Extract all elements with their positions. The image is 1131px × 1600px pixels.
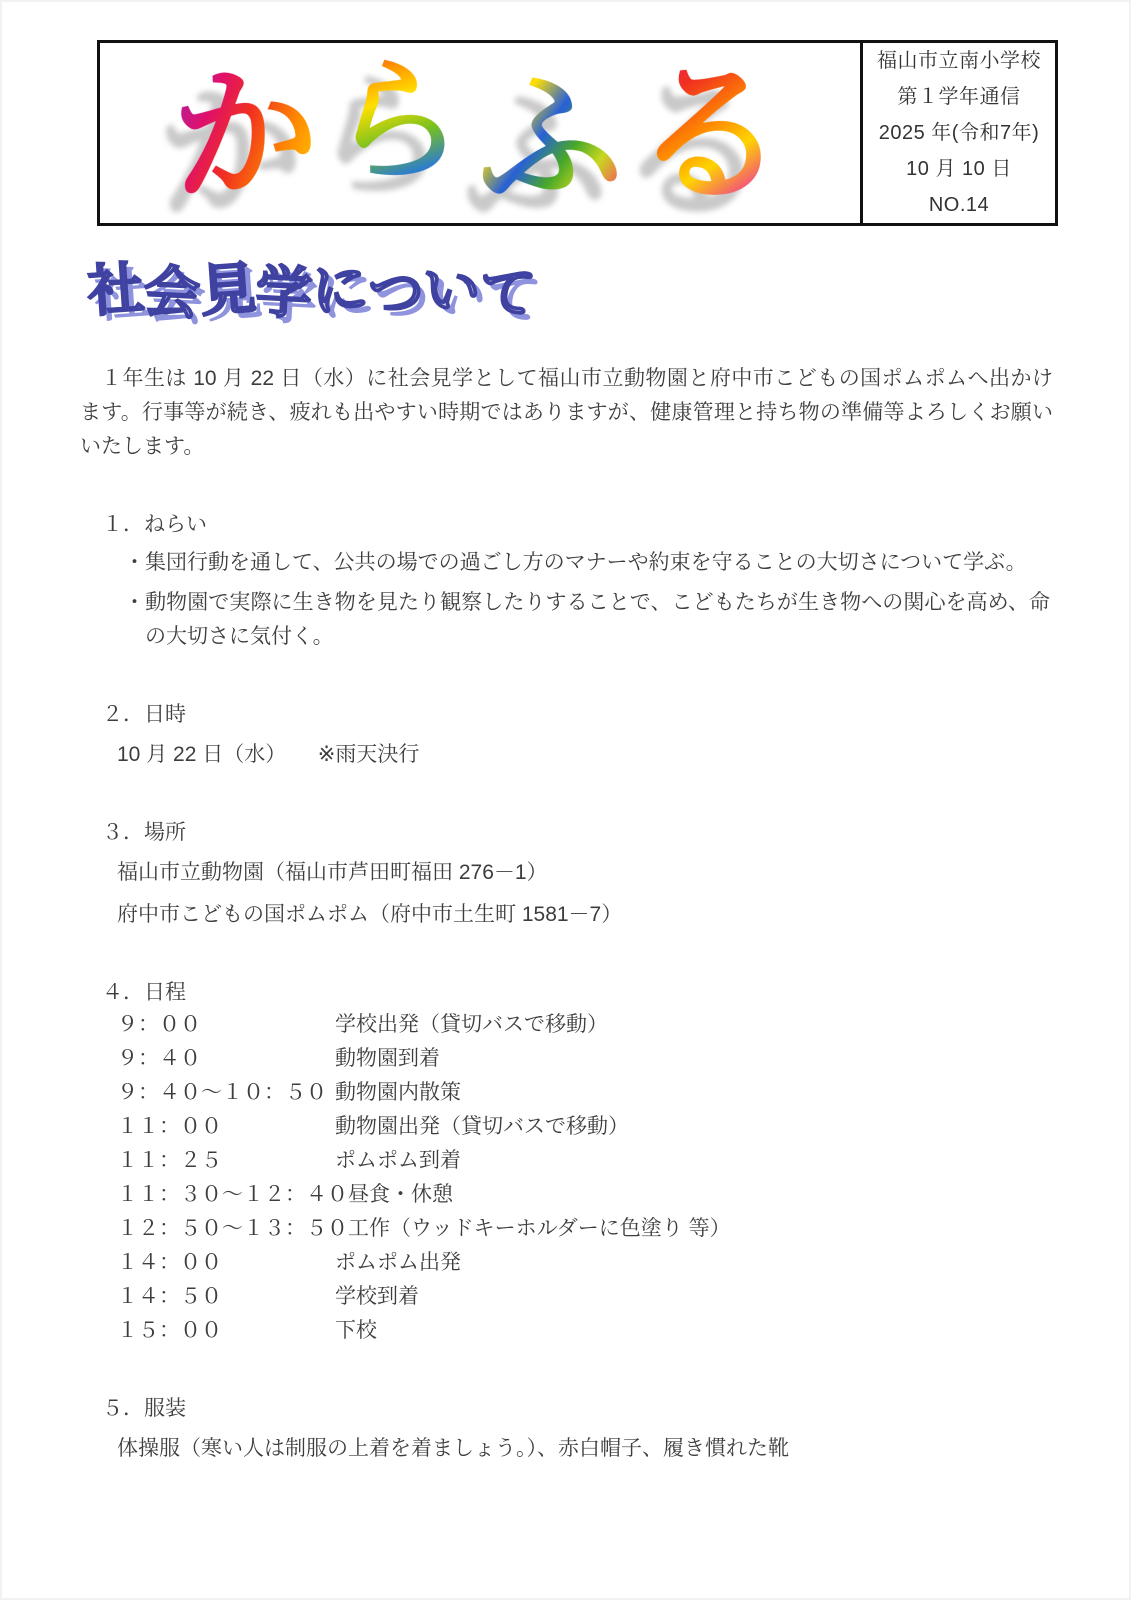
heading-char: い xyxy=(422,260,482,320)
schedule-row: １４：００ ポムポム出発 xyxy=(117,1246,1053,1280)
schedule-activity: 下校 xyxy=(335,1314,1053,1348)
schedule-row: ９：４０ 動物園到着 xyxy=(117,1042,1053,1076)
schedule-time: １４：５０ xyxy=(117,1280,335,1314)
schedule-time: ９：４０ xyxy=(117,1042,335,1076)
schedule-row: ９：４０～１０：５０ 動物園内散策 xyxy=(117,1076,1053,1110)
schedule-activity: 学校到着 xyxy=(335,1280,1053,1314)
heading-char: つ xyxy=(366,264,425,323)
schedule-activity: ポムポム出発 xyxy=(335,1246,1053,1280)
schedule-row: １１：３０～１２：４０ 昼食・休憩 xyxy=(117,1178,1053,1212)
section-datetime: ２．日時 10 月 22 日（水） ※雨天決行 xyxy=(102,700,1053,772)
schedule-activity: 動物園出発（貸切バスで移動） xyxy=(335,1110,1053,1144)
schedule-time: １１：２５ xyxy=(117,1144,335,1178)
schedule-activity: 工作（ウッドキーホルダーに色塗り 等） xyxy=(348,1212,1053,1246)
schedule-activity: ポムポム到着 xyxy=(335,1144,1053,1178)
title-char-ra: ら xyxy=(324,48,473,197)
clothing-detail: 体操服（寒い人は制服の上着を着ましょう。）、赤白帽子、履き慣れた靴 xyxy=(117,1432,1053,1466)
schedule-row: １５：００ 下校 xyxy=(117,1314,1053,1348)
issue-number: NO.14 xyxy=(929,187,989,223)
newsletter-page: か ら ふ る 福山市立南小学校 第１学年通信 2025 年(令和7年) 10 … xyxy=(0,0,1131,1600)
schedule-row: １２：５０～１３：５０ 工作（ウッドキーホルダーに色塗り 等） xyxy=(117,1212,1053,1246)
newsletter-title-box: か ら ふ る xyxy=(100,43,860,223)
schedule-time: １１：３０～１２：４０ xyxy=(117,1178,348,1212)
section-clothing-title: ５．服装 xyxy=(102,1394,1053,1424)
section-schedule-title: ４．日程 xyxy=(102,978,1053,1008)
intro-paragraph: １年生は 10 月 22 日（水）に社会見学として福山市立動物園と府中市こどもの… xyxy=(80,362,1053,464)
heading-char: に xyxy=(310,260,370,320)
schedule-row: ９：００ 学校出発（貸切バスで移動） xyxy=(117,1008,1053,1042)
heading-char: 見 xyxy=(198,260,258,320)
schedule-time: １４：００ xyxy=(117,1246,335,1280)
aim-item: ・動物園で実際に生き物を見たり観察したりすることで、こどもたちが生き物への関心を… xyxy=(124,586,1050,654)
heading-char: 会 xyxy=(142,264,201,323)
place-item: 府中市こどもの国ポムポム（府中市土生町 1581－7） xyxy=(117,898,1053,932)
section-aims-title: １．ねらい xyxy=(102,510,1053,540)
article-heading: 社 会 見 学 に つ い て xyxy=(88,242,1129,338)
grade-newsletter-label: 第１学年通信 xyxy=(898,79,1021,115)
schedule-time: １１：００ xyxy=(117,1110,335,1144)
issue-date: 10 月 10 日 xyxy=(906,151,1012,187)
heading-char: 学 xyxy=(254,264,313,323)
title-char-ka: か xyxy=(168,58,321,211)
schedule-activity: 動物園到着 xyxy=(335,1042,1053,1076)
title-char-ru: る xyxy=(629,53,793,217)
section-schedule: ４．日程 ９：００ 学校出発（貸切バスで移動） ９：４０ 動物園到着 ９：４０～… xyxy=(102,978,1053,1348)
section-aims: １．ねらい ・集団行動を通して、公共の場での過ごし方のマナーや約束を守ることの大… xyxy=(102,510,1053,654)
schedule-activity: 学校出発（貸切バスで移動） xyxy=(335,1008,1053,1042)
place-item: 福山市立動物園（福山市芦田町福田 276－1） xyxy=(117,856,1053,890)
masthead: か ら ふ る 福山市立南小学校 第１学年通信 2025 年(令和7年) 10 … xyxy=(97,40,1058,226)
heading-char: 社 xyxy=(86,260,146,320)
schedule-row: １４：５０ 学校到着 xyxy=(117,1280,1053,1314)
schedule-time: １５：００ xyxy=(117,1314,335,1348)
school-name: 福山市立南小学校 xyxy=(877,43,1041,79)
schedule-row: １１：２５ ポムポム到着 xyxy=(117,1144,1053,1178)
section-place: ３．場所 福山市立動物園（福山市芦田町福田 276－1） 府中市こどもの国ポムポ… xyxy=(102,818,1053,932)
section-place-title: ３．場所 xyxy=(102,818,1053,848)
schedule-time: ９：００ xyxy=(117,1008,335,1042)
event-date: 10 月 22 日（水） ※雨天決行 xyxy=(117,738,1053,772)
aim-item: ・集団行動を通して、公共の場での過ごし方のマナーや約束を守ることの大切さについて… xyxy=(124,546,1050,580)
schedule-activity: 昼食・休憩 xyxy=(348,1178,1053,1212)
schedule-activity: 動物園内散策 xyxy=(335,1076,1053,1110)
heading-char: て xyxy=(478,264,537,323)
section-datetime-title: ２．日時 xyxy=(102,700,1053,730)
newsletter-title: か ら ふ る xyxy=(172,56,788,210)
schedule-time: ９：４０～１０：５０ xyxy=(117,1076,335,1110)
section-clothing: ５．服装 体操服（寒い人は制服の上着を着ましょう。）、赤白帽子、履き慣れた靴 xyxy=(102,1394,1053,1466)
schedule-row: １１：００ 動物園出発（貸切バスで移動） xyxy=(117,1110,1053,1144)
title-char-fu: ふ xyxy=(474,63,625,214)
schedule-time: １２：５０～１３：５０ xyxy=(117,1212,348,1246)
issue-info-box: 福山市立南小学校 第１学年通信 2025 年(令和7年) 10 月 10 日 N… xyxy=(860,43,1055,223)
issue-year: 2025 年(令和7年) xyxy=(879,115,1040,151)
